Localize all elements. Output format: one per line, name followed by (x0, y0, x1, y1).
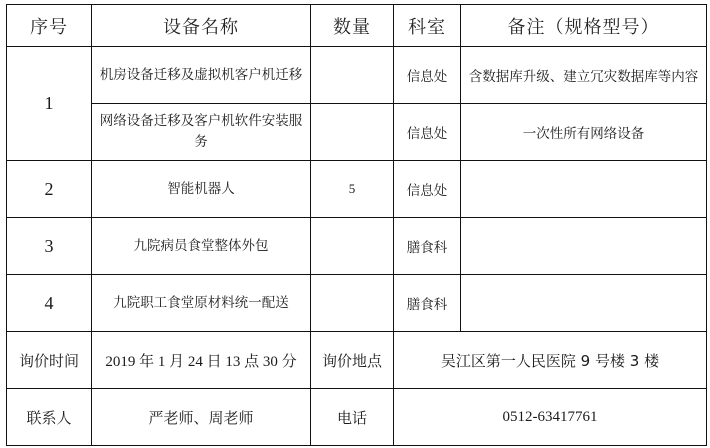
contact-info-row: 联系人 严老师、周老师 电话 0512-63417761 (7, 389, 707, 446)
item-department: 信息处 (394, 161, 461, 218)
row-index: 2 (7, 161, 92, 218)
header-remark: 备注（规格型号） (461, 5, 707, 47)
item-quantity (311, 104, 394, 161)
table-row: 4 九院职工食堂原材料统一配送 膳食科 (7, 275, 707, 332)
contact-label: 联系人 (7, 389, 92, 446)
header-department: 科室 (394, 5, 461, 47)
inquiry-place-value: 吴江区第一人民医院 9 号楼 3 楼 (394, 332, 707, 389)
item-department: 膳食科 (394, 275, 461, 332)
table-row: 网络设备迁移及客户机软件安装服务 信息处 一次性所有网络设备 (7, 104, 707, 161)
item-name: 九院职工食堂原材料统一配送 (92, 275, 311, 332)
row-index: 1 (7, 47, 92, 161)
table-row: 2 智能机器人 5 信息处 (7, 161, 707, 218)
item-remark (461, 275, 707, 332)
inquiry-place-label: 询价地点 (311, 332, 394, 389)
table-row: 3 九院病员食堂整体外包 膳食科 (7, 218, 707, 275)
item-name: 网络设备迁移及客户机软件安装服务 (92, 104, 311, 161)
item-remark (461, 218, 707, 275)
item-department: 膳食科 (394, 218, 461, 275)
inquiry-table: 序号 设备名称 数量 科室 备注（规格型号） 1 机房设备迁移及虚拟机客户机迁移… (6, 4, 707, 446)
header-quantity: 数量 (311, 5, 394, 47)
contact-value: 严老师、周老师 (92, 389, 311, 446)
item-quantity (311, 218, 394, 275)
item-name: 九院病员食堂整体外包 (92, 218, 311, 275)
inquiry-info-row: 询价时间 2019 年 1 月 24 日 13 点 30 分 询价地点 吴江区第… (7, 332, 707, 389)
row-index: 4 (7, 275, 92, 332)
inquiry-time-label: 询价时间 (7, 332, 92, 389)
inquiry-time-value: 2019 年 1 月 24 日 13 点 30 分 (92, 332, 311, 389)
phone-label: 电话 (311, 389, 394, 446)
phone-value: 0512-63417761 (394, 389, 707, 446)
item-remark: 含数据库升级、建立冗灾数据库等内容 (461, 47, 707, 104)
item-department: 信息处 (394, 104, 461, 161)
item-quantity (311, 275, 394, 332)
inquiry-table-container: 序号 设备名称 数量 科室 备注（规格型号） 1 机房设备迁移及虚拟机客户机迁移… (6, 4, 707, 446)
item-remark (461, 161, 707, 218)
header-index: 序号 (7, 5, 92, 47)
table-row: 1 机房设备迁移及虚拟机客户机迁移 信息处 含数据库升级、建立冗灾数据库等内容 (7, 47, 707, 104)
item-quantity (311, 47, 394, 104)
item-name: 智能机器人 (92, 161, 311, 218)
header-row: 序号 设备名称 数量 科室 备注（规格型号） (7, 5, 707, 47)
item-quantity: 5 (311, 161, 394, 218)
item-remark: 一次性所有网络设备 (461, 104, 707, 161)
item-name: 机房设备迁移及虚拟机客户机迁移 (92, 47, 311, 104)
row-index: 3 (7, 218, 92, 275)
item-department: 信息处 (394, 47, 461, 104)
header-name: 设备名称 (92, 5, 311, 47)
